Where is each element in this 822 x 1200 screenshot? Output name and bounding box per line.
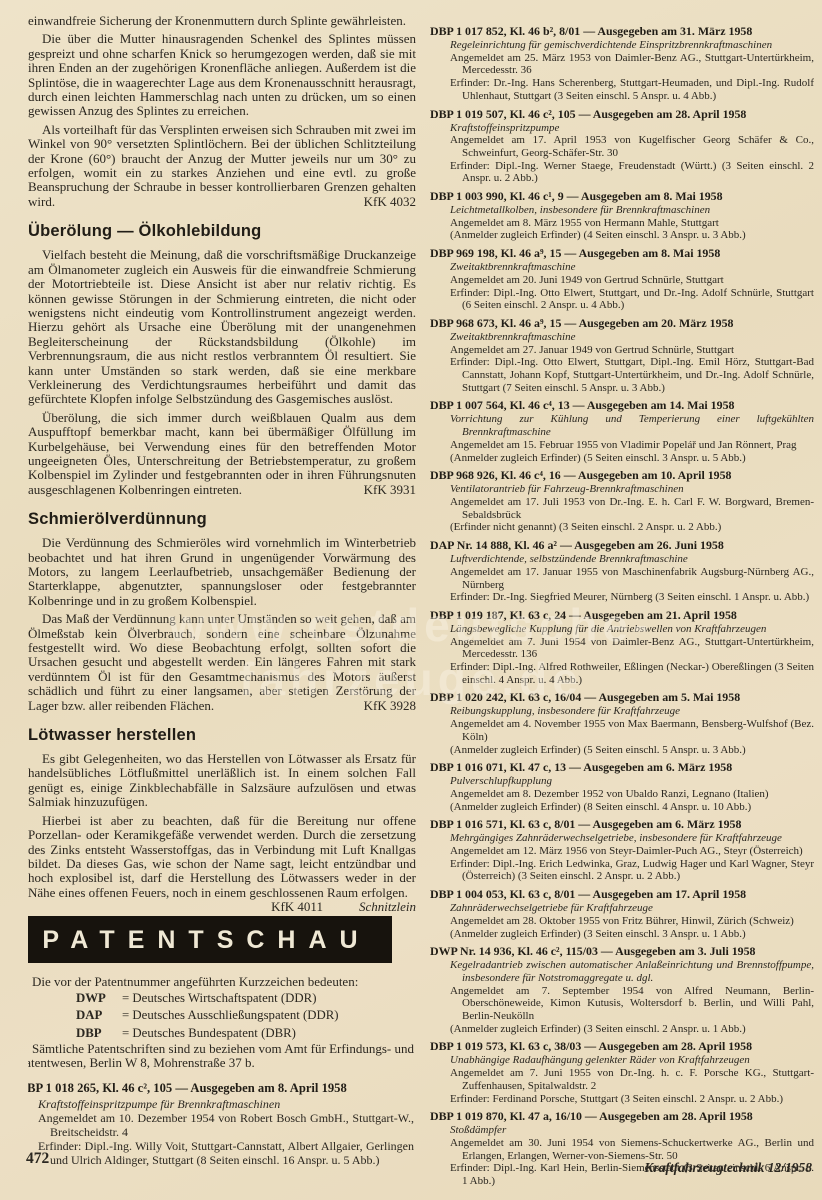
paragraph-text: Das Maß der Verdünnung kann unter Umstän…: [28, 611, 416, 712]
abbreviation-meaning: = Deutsches Wirtschaftspatent (DDR): [122, 991, 316, 1005]
patent-list: DBP 1 017 852, Kl. 46 b², 8/01 — Ausgege…: [430, 24, 814, 1188]
patent-line: Angemeldet am 7. September 1954 von Alfr…: [430, 985, 814, 1023]
patent-line: Erfinder: Dipl.-Ing. Otto Elwert, Stuttg…: [430, 356, 814, 394]
abbreviation-meaning: = Deutsches Bundespatent (DBR): [122, 1026, 296, 1040]
patent-header: DBP 1 018 265, Kl. 46 c², 105 — Ausgegeb…: [28, 1081, 414, 1096]
patent-line: Angemeldet am 10. Dezember 1954 von Robe…: [28, 1111, 414, 1139]
legend-intro: Die vor der Patentnummer angeführten Kur…: [28, 975, 414, 989]
patent-header: DBP 1 019 573, Kl. 63 c, 38/03 — Ausgege…: [430, 1039, 814, 1053]
kfk-reference: KfK 4011Schnitzlein: [245, 900, 416, 914]
patent-header: DBP 1 019 187, Kl. 63 c, 24 — Ausgegeben…: [430, 608, 814, 622]
patentschau-banner: PATENTSCHAU: [28, 916, 392, 963]
patent-entry: DBP 1 007 564, Kl. 46 c⁴, 13 — Ausgegebe…: [430, 398, 814, 464]
paragraph: Als vorteilhaft für das Versplinten erwe…: [28, 123, 416, 209]
patent-header: DBP 1 020 242, Kl. 63 c, 16/04 — Ausgege…: [430, 690, 814, 704]
patent-line: Erfinder: Ferdinand Porsche, Stuttgart (…: [430, 1093, 814, 1106]
patent-line: (Anmelder zugleich Erfinder) (3 Seiten e…: [430, 1023, 814, 1036]
left-column: einwandfreie Sicherung der Kronenmuttern…: [28, 14, 416, 1200]
patent-entry: DBP 1 017 852, Kl. 46 b², 8/01 — Ausgege…: [430, 24, 814, 103]
patent-line: Angemeldet am 30. Juni 1954 von Siemens-…: [430, 1137, 814, 1162]
patent-title: Luftverdichtende, selbstzündende Brennkr…: [430, 553, 814, 566]
patent-entry: DBP 1 004 053, Kl. 63 c, 8/01 — Ausgegeb…: [430, 887, 814, 940]
patent-line: Angemeldet am 17. April 1953 von Kugelfi…: [430, 134, 814, 159]
patent-header: DBP 1 016 071, Kl. 47 c, 13 — Ausgegeben…: [430, 760, 814, 774]
patent-line: Erfinder: Dipl.-Ing. Werner Staege, Freu…: [430, 160, 814, 185]
patent-entry: DBP 1 019 187, Kl. 63 c, 24 — Ausgegeben…: [430, 608, 814, 687]
patent-entry: DBP 1 003 990, Kl. 46 c¹, 9 — Ausgegeben…: [430, 189, 814, 242]
article-section: Schmierölverdünnung Die Verdünnung des S…: [28, 510, 416, 713]
journal-footer: Kraftfahrzeugtechnik 12/1958: [644, 1160, 812, 1176]
abbreviation-row: DWP= Deutsches Wirtschaftspatent (DDR): [76, 990, 414, 1008]
patent-header: DBP 969 198, Kl. 46 a⁹, 15 — Ausgegeben …: [430, 246, 814, 260]
patent-line: (Anmelder zugleich Erfinder) (5 Seiten e…: [430, 452, 814, 465]
kfk-number: KfK 3931: [364, 482, 416, 497]
patent-entry: DBP 1 019 870, Kl. 47 a, 16/10 — Ausgege…: [430, 1109, 814, 1188]
patent-line: Angemeldet am 17. Januar 1955 von Maschi…: [430, 566, 814, 591]
abbreviation: DAP: [76, 1007, 122, 1025]
patent-entry: DBP 1 020 242, Kl. 63 c, 16/04 — Ausgege…: [430, 690, 814, 756]
patent-header: DBP 1 007 564, Kl. 46 c⁴, 13 — Ausgegebe…: [430, 398, 814, 412]
patent-line: Angemeldet am 7. Juni 1954 von Daimler-B…: [430, 636, 814, 661]
patent-line: Angemeldet am 15. Februar 1955 von Vladi…: [430, 439, 814, 452]
patent-line: Erfinder: Dr.-Ing. Hans Scherenberg, Stu…: [430, 77, 814, 102]
patent-title: Vorrichtung zur Kühlung und Temperierung…: [430, 413, 814, 438]
patent-title: Kraftstoffeinspritzpumpe: [430, 122, 814, 135]
patent-header: DBP 1 019 507, Kl. 46 c², 105 — Ausgegeb…: [430, 107, 814, 121]
patent-entry: DAP Nr. 14 888, Kl. 46 a² — Ausgegeben a…: [430, 538, 814, 604]
patent-entry: DBP 1 019 573, Kl. 63 c, 38/03 — Ausgege…: [430, 1039, 814, 1105]
patent-header: DBP 1 003 990, Kl. 46 c¹, 9 — Ausgegeben…: [430, 189, 814, 203]
patent-title: Zweitaktbrennkraftmaschine: [430, 261, 814, 274]
patent-line: Erfinder: Dipl.-Ing. Otto Elwert, Stuttg…: [430, 287, 814, 312]
patent-line: (Anmelder zugleich Erfinder) (5 Seiten e…: [430, 744, 814, 757]
patent-title: Unabhängige Radaufhängung gelenkter Räde…: [430, 1054, 814, 1067]
patent-line: (Anmelder zugleich Erfinder) (3 Seiten e…: [430, 928, 814, 941]
patent-line: Angemeldet am 7. Juni 1955 von Dr.-Ing. …: [430, 1067, 814, 1092]
patent-entry: DBP 1 016 071, Kl. 47 c, 13 — Ausgegeben…: [430, 760, 814, 813]
patent-title: Ventilatorantrieb für Fahrzeug-Brennkraf…: [430, 483, 814, 496]
abbreviation-legend: DWP= Deutsches Wirtschaftspatent (DDR) D…: [28, 990, 414, 1043]
patent-entry: DBP 968 926, Kl. 46 c⁴, 16 — Ausgegeben …: [430, 468, 814, 534]
patent-header: DWP Nr. 14 936, Kl. 46 c², 115/03 — Ausg…: [430, 944, 814, 958]
patent-title: Stoßdämpfer: [430, 1124, 814, 1137]
abbreviation: DWP: [76, 990, 122, 1008]
patent-header: DBP 1 017 852, Kl. 46 b², 8/01 — Ausgege…: [430, 24, 814, 38]
patent-title: Zahnräderwechselgetriebe für Kraftfahrze…: [430, 902, 814, 915]
patent-title: Reibungskupplung, insbesondere für Kraft…: [430, 705, 814, 718]
patent-line: Angemeldet am 20. Juni 1949 von Gertrud …: [430, 274, 814, 287]
kfk-reference: KfK 3928: [338, 699, 416, 713]
author-signature: Schnitzlein: [359, 899, 416, 914]
patent-line: Angemeldet am 17. Juli 1953 von Dr.-Ing.…: [430, 496, 814, 521]
order-note: Sämtliche Patentschriften sind zu bezieh…: [28, 1042, 414, 1071]
patent-line: Erfinder: Dr.-Ing. Siegfried Meurer, Nür…: [430, 591, 814, 604]
paragraph: Hierbei ist aber zu beachten, daß für di…: [28, 814, 416, 900]
abbreviation-row: DAP= Deutsches Ausschließungspatent (DDR…: [76, 1007, 414, 1025]
abbreviation-row: DBP= Deutsches Bundespatent (DBR): [76, 1025, 414, 1043]
article-section: Überölung — Ölkohlebildung Vielfach best…: [28, 222, 416, 497]
paragraph: Überölung, die sich immer durch weißblau…: [28, 411, 416, 497]
patent-entry: DBP 969 198, Kl. 46 a⁹, 15 — Ausgegeben …: [430, 246, 814, 312]
paragraph: einwandfreie Sicherung der Kronenmuttern…: [28, 14, 416, 28]
patent-header: DBP 968 673, Kl. 46 a⁹, 15 — Ausgegeben …: [430, 316, 814, 330]
patent-title: Leichtmetallkolben, insbesondere für Bre…: [430, 204, 814, 217]
patent-entry: DBP 1 019 507, Kl. 46 c², 105 — Ausgegeb…: [430, 107, 814, 186]
patent-title: Längsbewegliche Kupplung für die Antrieb…: [430, 623, 814, 636]
patent-title: Kegelradantrieb zwischen automatischer A…: [430, 959, 814, 984]
patent-title: Regeleinrichtung für gemischverdichtende…: [430, 39, 814, 52]
paragraph: Die Verdünnung des Schmieröles wird vorn…: [28, 536, 416, 608]
patent-line: Angemeldet am 27. Januar 1949 von Gertru…: [430, 344, 814, 357]
paragraph: Das Maß der Verdünnung kann unter Umstän…: [28, 612, 416, 713]
patent-entry: DBP 968 673, Kl. 46 a⁹, 15 — Ausgegeben …: [430, 316, 814, 395]
patent-line: Erfinder: Dipl.-Ing. Erich Ledwinka, Gra…: [430, 858, 814, 883]
article-section: Lötwasser herstellen Es gibt Gelegenheit…: [28, 726, 416, 900]
kfk-number: KfK 3928: [364, 698, 416, 713]
section-heading: Schmierölverdünnung: [28, 510, 416, 529]
kfk-reference: KfK 3931: [338, 483, 416, 497]
patent-entry: DWP Nr. 14 936, Kl. 46 c², 115/03 — Ausg…: [430, 944, 814, 1035]
patentschau-block: PATENTSCHAU Die vor der Patentnummer ang…: [28, 916, 414, 1167]
section-heading: Lötwasser herstellen: [28, 726, 416, 745]
patent-line: Erfinder: Dipl.-Ing. Alfred Rothweiler, …: [430, 661, 814, 686]
patent-header: DBP 1 019 870, Kl. 47 a, 16/10 — Ausgege…: [430, 1109, 814, 1123]
paragraph: Vielfach besteht die Meinung, daß die vo…: [28, 248, 416, 406]
patent-header: DBP 1 004 053, Kl. 63 c, 8/01 — Ausgegeb…: [430, 887, 814, 901]
section-heading: Überölung — Ölkohlebildung: [28, 222, 416, 241]
patent-entry: DBP 1 018 265, Kl. 46 c², 105 — Ausgegeb…: [28, 1081, 414, 1167]
patent-line: Angemeldet am 8. März 1955 von Hermann M…: [430, 217, 814, 230]
patent-line: Angemeldet am 28. Oktober 1955 von Fritz…: [430, 915, 814, 928]
abbreviation: DBP: [76, 1025, 122, 1043]
paragraph: Es gibt Gelegenheiten, wo das Herstellen…: [28, 752, 416, 810]
patent-line: Erfinder: Dipl.-Ing. Willy Voit, Stuttga…: [28, 1139, 414, 1167]
patent-title: Mehrgängiges Zahnräderwechselgetriebe, i…: [430, 832, 814, 845]
patent-line: Angemeldet am 8. Dezember 1952 von Ubald…: [430, 788, 814, 801]
right-column: DBP 1 017 852, Kl. 46 b², 8/01 — Ausgege…: [430, 20, 814, 1200]
patent-line: (Anmelder zugleich Erfinder) (4 Seiten e…: [430, 229, 814, 242]
paragraph-text: Hierbei ist aber zu beachten, daß für di…: [28, 813, 416, 900]
kfk-reference: KfK 4032: [338, 195, 416, 209]
patent-header: DBP 1 016 571, Kl. 63 c, 8/01 — Ausgegeb…: [430, 817, 814, 831]
abbreviation-meaning: = Deutsches Ausschließungspatent (DDR): [122, 1008, 339, 1022]
patent-title: Pulverschlupfkupplung: [430, 775, 814, 788]
patent-line: Angemeldet am 25. März 1953 von Daimler-…: [430, 52, 814, 77]
patent-entry: DBP 1 016 571, Kl. 63 c, 8/01 — Ausgegeb…: [430, 817, 814, 883]
patent-line: Angemeldet am 12. März 1956 von Steyr-Da…: [430, 845, 814, 858]
patent-header: DAP Nr. 14 888, Kl. 46 a² — Ausgegeben a…: [430, 538, 814, 552]
patent-line: (Erfinder nicht genannt) (3 Seiten einsc…: [430, 521, 814, 534]
page-number: 472: [26, 1150, 49, 1168]
patent-title: Kraftstoffeinspritzpumpe für Brennkraftm…: [28, 1097, 414, 1111]
paragraph: Die über die Mutter hinausragenden Schen…: [28, 32, 416, 118]
patent-title: Zweitaktbrennkraftmaschine: [430, 331, 814, 344]
article-sections: Überölung — Ölkohlebildung Vielfach best…: [28, 222, 416, 900]
patent-header: DBP 968 926, Kl. 46 c⁴, 16 — Ausgegeben …: [430, 468, 814, 482]
patent-line: Angemeldet am 4. November 1955 von Max B…: [430, 718, 814, 743]
patent-line: (Anmelder zugleich Erfinder) (8 Seiten e…: [430, 801, 814, 814]
scanned-journal-page: einwandfreie Sicherung der Kronenmuttern…: [0, 0, 822, 1200]
kfk-number: KfK 4011: [271, 899, 323, 914]
